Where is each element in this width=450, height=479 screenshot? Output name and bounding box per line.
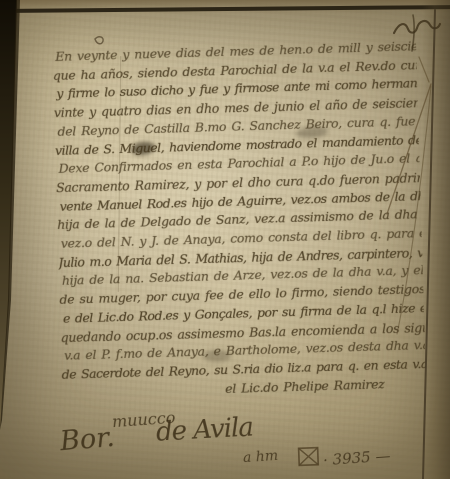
notary-annotation-number: · 3935 —: [322, 447, 391, 470]
signature-surname: de Avila: [155, 412, 253, 447]
right-page-shadow: [422, 0, 450, 479]
manuscript-photo: En veynte y nueve dias del mes de hen.o …: [0, 0, 450, 479]
signature-abbreviation: Bor.: [59, 422, 116, 458]
notary-annotation-lead: a hm: [242, 448, 278, 466]
manuscript-text: En veynte y nueve dias del mes de hen.o …: [52, 37, 427, 410]
notary-crossed-box-icon: [297, 446, 321, 472]
ink-speck-icon: [95, 37, 103, 44]
